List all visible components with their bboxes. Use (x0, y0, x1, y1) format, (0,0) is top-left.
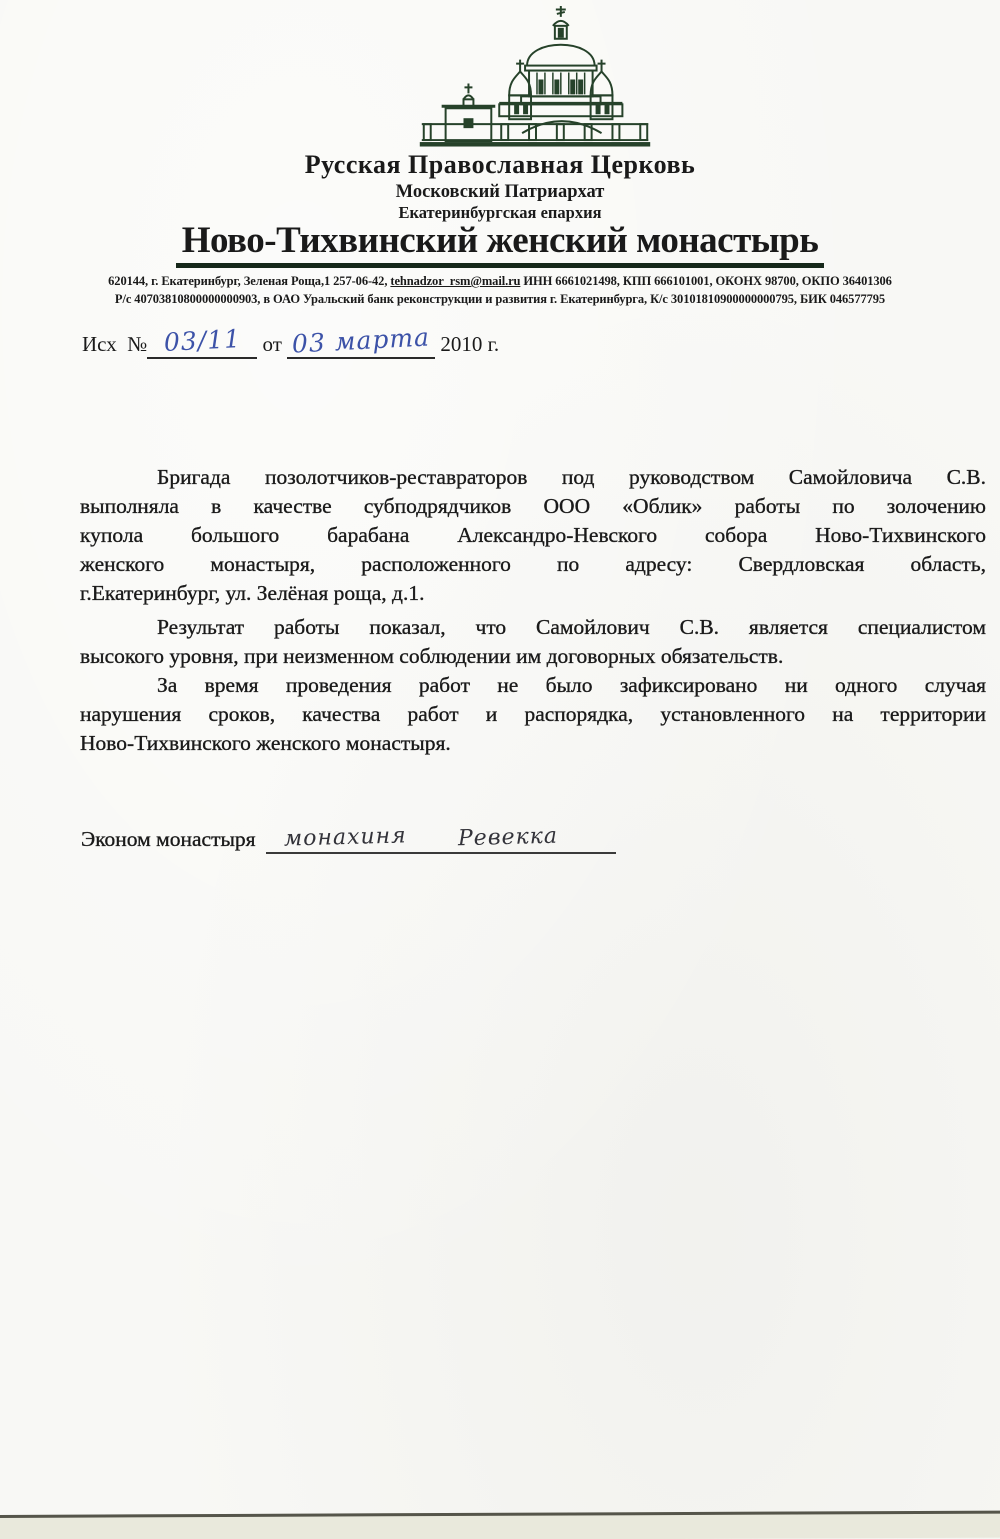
body-line: высокого уровня, при неизменном соблюден… (80, 642, 986, 671)
ref-number-handwritten: 03/11 (163, 324, 241, 357)
signature-blank: монахиняРевекка (266, 827, 616, 854)
body-line: г.Екатеринбург, ул. Зелёная роща, д.1. (80, 579, 986, 608)
contact-address: 620144, г. Екатеринбург, Зеленая Роща,1 … (108, 274, 390, 288)
org-name: Русская Православная Церковь (0, 150, 1000, 180)
body-line: За время проведения работ не было зафикс… (80, 671, 986, 700)
body-line: нарушения сроков, качества работ и распо… (80, 700, 986, 729)
ref-prefix: Исх № (82, 332, 147, 356)
ref-from-label: от (257, 332, 287, 356)
signature-role-label: Эконом монастыря (81, 827, 256, 851)
scanner-edge-strip (0, 1511, 1000, 1539)
monastery-title-row: Ново-Тихвинский женский монастырь (0, 222, 1000, 268)
scanned-letter-page: Русская Православная Церковь Московский … (0, 0, 1000, 1539)
ref-year: 2010 г. (435, 332, 499, 356)
contact-email: tehnadzor_rsm@mail.ru (390, 274, 520, 288)
contact-line-1: 620144, г. Екатеринбург, Зеленая Роща,1 … (0, 274, 1000, 289)
body-line: купола большого барабана Александро-Невс… (80, 521, 986, 550)
contact-line-2: Р/с 40703810800000000903, в ОАО Уральски… (0, 292, 1000, 307)
letter-body: Бригада позолотчиков-реставраторов под р… (80, 463, 986, 758)
body-line: Бригада позолотчиков-реставраторов под р… (80, 463, 986, 492)
reference-line: Исх №03/11 от 03 марта 2010 г. (82, 328, 499, 359)
contact-registry-codes: ИНН 6661021498, КПП 666101001, ОКОНХ 987… (520, 274, 891, 288)
ref-date-handwritten: 03 марта (291, 322, 430, 358)
signature-name-handwritten: Ревекка (458, 824, 559, 852)
body-line: Результат работы показал, что Самойлович… (80, 613, 986, 642)
ref-date-blank: 03 марта (287, 328, 435, 359)
church-illustration (416, 4, 654, 149)
body-line: женского монастыря, расположенного по ад… (80, 550, 986, 579)
signature-row: Эконом монастырямонахиняРевекка (81, 827, 616, 854)
body-line: выполняла в качестве субподрядчиков ООО … (80, 492, 986, 521)
patriarchate-name: Московский Патриархат (0, 182, 1000, 203)
ref-number-blank: 03/11 (147, 328, 257, 359)
body-line: Ново-Тихвинского женского монастыря. (80, 729, 986, 758)
signature-rank-handwritten: монахиня (283, 823, 406, 851)
monastery-title: Ново-Тихвинский женский монастырь (176, 222, 825, 268)
